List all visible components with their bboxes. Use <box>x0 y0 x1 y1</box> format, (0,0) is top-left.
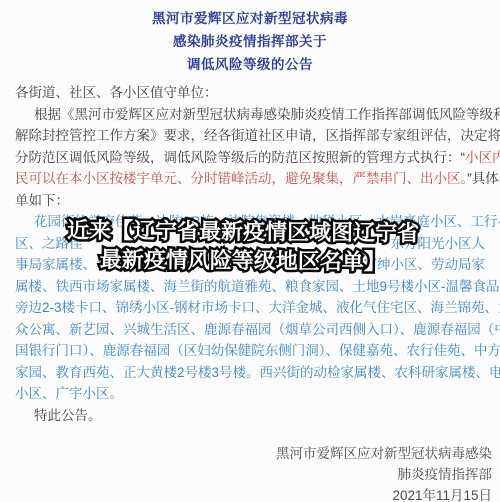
body-line: 根据《黑河市爱辉区应对新型冠状病毒感染肺炎疫情工作指挥部调低风险等级和 <box>15 104 485 126</box>
announcement-title: 黑河市爱辉区应对新型冠状病毒 感染肺炎疫情指挥部关于 调低风险等级的公告 <box>15 7 485 76</box>
body-text-segment: 家园、教育西苑、正大黄楼2号楼3号楼。西兴街的动检家属楼、农科研家属楼、电业 <box>15 365 500 380</box>
body-line: 旁边2-3楼卡口、锦绣小区-钢材市场卡口、大洋金城、液化气住宅区、海兰锦苑、大 <box>15 297 485 319</box>
body-line: 众公寓、新艺园、兴城生活区、鹿源春福园（烟草公司西侧入口）、鹿源春福园（中 <box>15 319 485 341</box>
announcement-document: 黑河市爱辉区应对新型冠状病毒 感染肺炎疫情指挥部关于 调低风险等级的公告 各街道… <box>0 0 500 502</box>
body-line: 属楼、铁西市场家属楼、海兰街的航道雅苑、粮食家园、土地9号楼小区-温馨食品厂 <box>15 276 485 298</box>
body-line: 单如下： <box>15 190 485 212</box>
title-line: 调低风险等级的公告 <box>15 53 485 76</box>
body-line: 花园街的学府佳苑、边防AB栋、法院集资楼、地税小区、水岸豪庭小区、工行小 <box>15 211 485 233</box>
salutation-line: 各街道、社区、各小区值守单位： <box>15 82 485 104</box>
body-text-segment: 国银行门口）、鹿源春福园（区妇幼保健院东侧门洞）、保健嘉苑、农行佳苑、中方 <box>15 343 500 358</box>
salutation-text: 各街道、社区、各小区值守单位： <box>15 85 218 100</box>
announcement-body: 各街道、社区、各小区值守单位： 根据《黑河市爱辉区应对新型冠状病毒感染肺炎疫情工… <box>15 82 485 426</box>
signature-date: 2021年11月15日 <box>15 485 492 502</box>
body-line-right: 的富绅小区、劳动局家 <box>350 254 485 276</box>
title-line: 感染肺炎疫情指挥部关于 <box>15 30 485 53</box>
body-line: 小区、广宇小区。 <box>15 383 485 405</box>
body-line: 特此公告。 <box>15 405 485 427</box>
body-text-segment: 小区内居 <box>465 150 500 165</box>
body-text-segment: 属楼、铁西市场家属楼、海兰街的航道雅苑、粮食家园、土地9号楼小区-温馨食品厂 <box>15 279 500 294</box>
body-text-segment: 特此公告。 <box>34 408 102 423</box>
body-line: 民可以在本小区按楼宇单元、分时错峰活动，避免聚集，严禁串门、出小区。”具体名 <box>15 168 485 190</box>
body-line: 事局家属楼、华夏的富绅小区、劳动局家 <box>15 254 485 276</box>
body-text-segment: 分防范区调低风险等级，调低风险等级后的防范区按照新的管理方式执行：“ <box>15 150 465 165</box>
body-line: 分防范区调低风险等级，调低风险等级后的防范区按照新的管理方式执行：“小区内居 <box>15 147 485 169</box>
body-line: 国银行门口）、鹿源春福园（区妇幼保健院东侧门洞）、保健嘉苑、农行佳苑、中方 <box>15 340 485 362</box>
signature-org-line: 肺炎疫情指挥部 <box>15 464 492 485</box>
body-text-segment: 旁边2-3楼卡口、锦绣小区-钢材市场卡口、大洋金城、液化气住宅区、海兰锦苑、大 <box>15 300 500 315</box>
announcement-screenshot: { "colors": { "title_blue": "#2c3c96", "… <box>0 0 500 502</box>
body-text-segment: ”具体名 <box>467 171 500 186</box>
signature-org-line: 黑河市爱辉区应对新型冠状病毒感染 <box>15 443 492 464</box>
body-text-segment: 众公寓、新艺园、兴城生活区、鹿源春福园（烟草公司西侧入口）、鹿源春福园（中 <box>15 322 500 337</box>
body-text-segment: 民可以在本小区按楼宇单元、分时错峰活动，避免聚集，严禁串门、出小区。 <box>15 171 467 186</box>
body-text-segment: 单如下： <box>15 193 69 208</box>
body-text-segment: 根据《黑河市爱辉区应对新型冠状病毒感染肺炎疫情工作指挥部调低风险等级和 <box>34 107 500 122</box>
body-line: 解除封控管控工作方案》要求，经各街道社区申请，区指挥部专家组评估，决定将部 <box>15 125 485 147</box>
body-line-right: 东方阳光小区人 <box>391 233 486 255</box>
signature-block: 黑河市爱辉区应对新型冠状病毒感染 肺炎疫情指挥部 2021年11月15日 <box>15 443 492 502</box>
body-line-left: 事局家属楼、华夏 <box>15 254 123 276</box>
body-text-segment: 小区、广宇小区。 <box>15 386 123 401</box>
title-line: 黑河市爱辉区应对新型冠状病毒 <box>15 7 485 30</box>
body-line-left: 区、之路佳 <box>15 233 83 255</box>
body-line: 区、之路佳东方阳光小区人 <box>15 233 485 255</box>
body-text-segment: 花园街的学府佳苑、边防AB栋、法院集资楼、地税小区、水岸豪庭小区、工行小 <box>34 214 500 229</box>
body-line: 家园、教育西苑、正大黄楼2号楼3号楼。西兴街的动检家属楼、农科研家属楼、电业 <box>15 362 485 384</box>
body-text-segment: 解除封控管控工作方案》要求，经各街道社区申请，区指挥部专家组评估，决定将部 <box>15 128 500 143</box>
body-lines-container: 根据《黑河市爱辉区应对新型冠状病毒感染肺炎疫情工作指挥部调低风险等级和解除封控管… <box>15 104 485 427</box>
